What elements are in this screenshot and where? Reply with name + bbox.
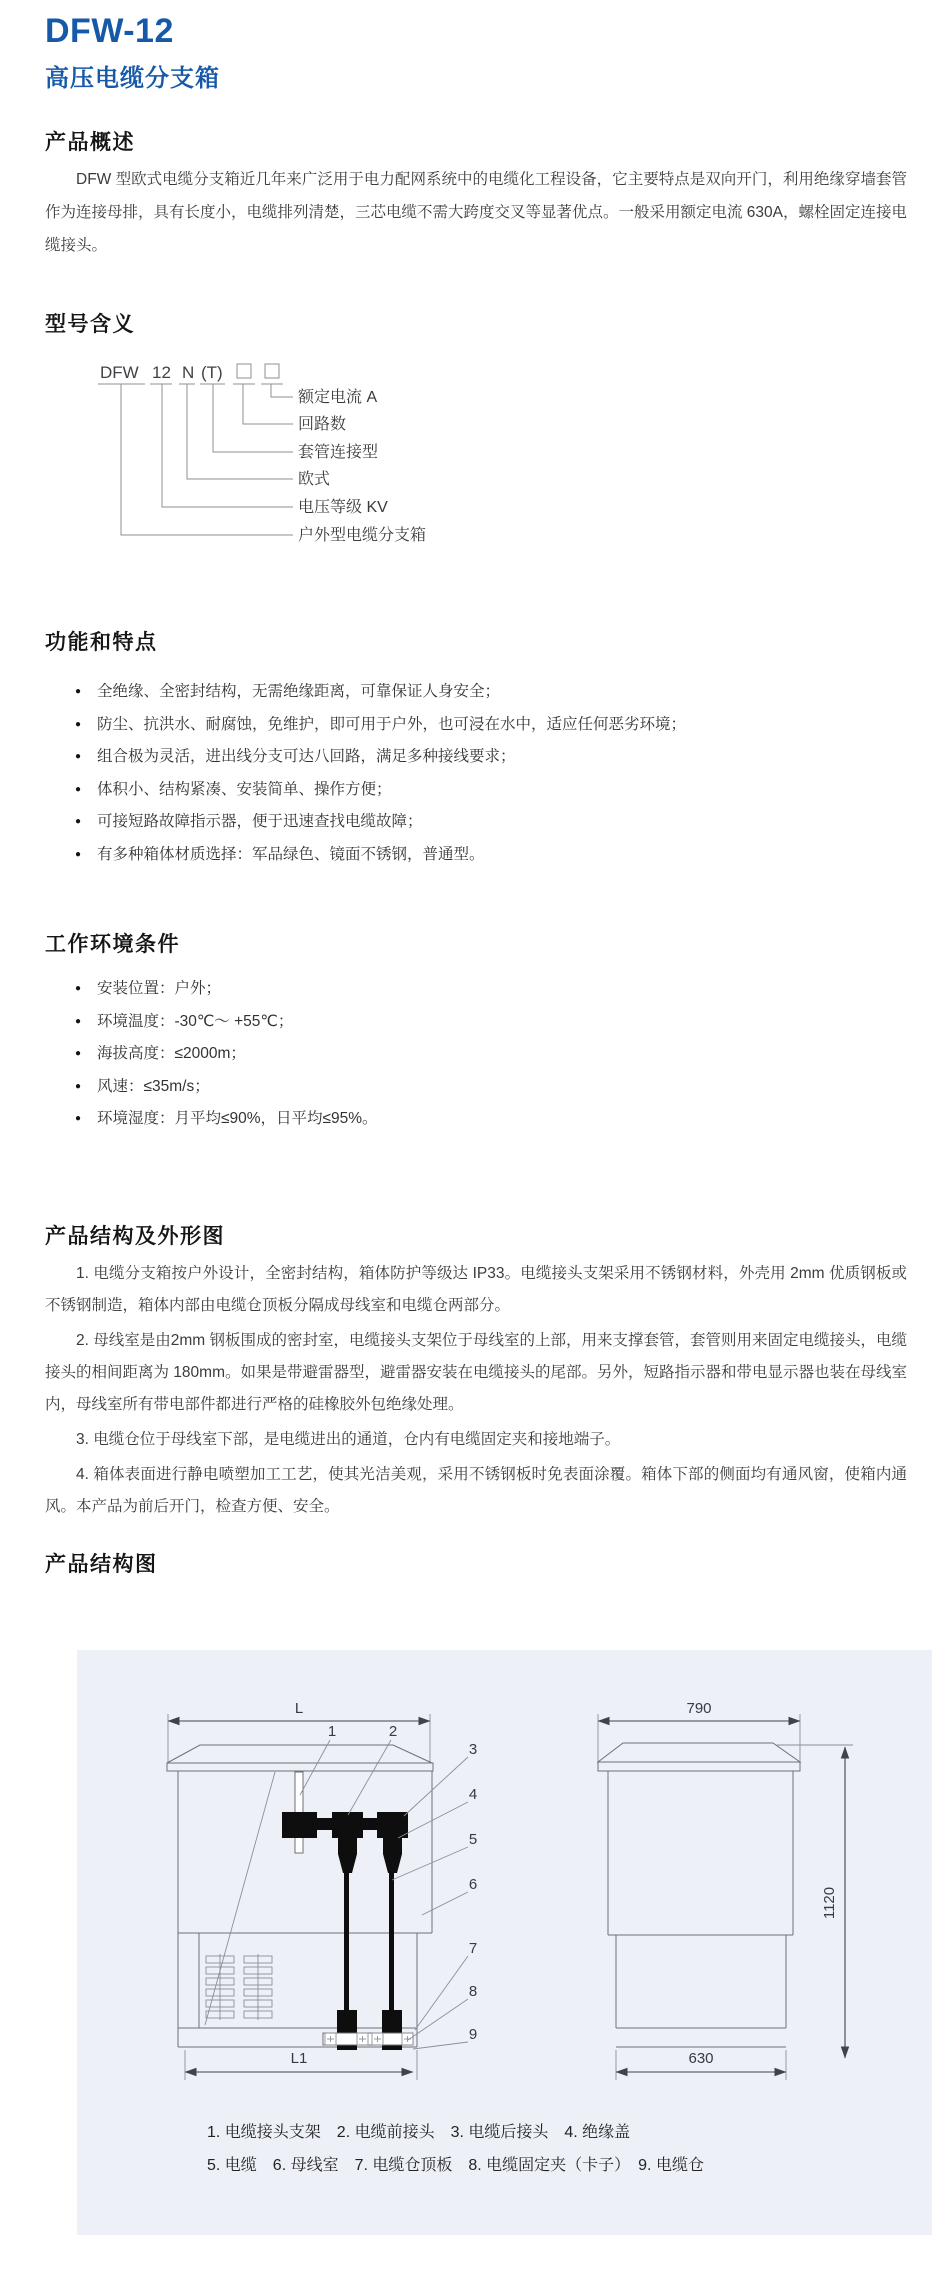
environment-list: 安装位置：户外； 环境温度：-30℃～ +55℃； 海拔高度：≤2000m； 风… <box>75 973 378 1136</box>
dimension-label-L: L <box>295 1700 303 1717</box>
part-number-8: 8 <box>469 1983 477 2000</box>
feature-item: 体积小、结构紧凑、安装简单、操作方便； <box>75 774 686 807</box>
part-number-6: 6 <box>469 1876 477 1893</box>
page-subtitle: 高压电缆分支箱 <box>45 58 220 93</box>
environment-item: 环境湿度：月平均≤90%，日平均≤95%。 <box>75 1103 378 1136</box>
diagram-heading: 产品结构图 <box>45 1548 158 1578</box>
model-meaning-diagram: DFW 12 N (T) 额定电流 A 回路数 套管连接型 欧式 电压等级 KV <box>55 352 555 552</box>
part-number-5: 5 <box>469 1831 477 1848</box>
features-list: 全绝缘、全密封结构，无需绝缘距离，可靠保证人身安全； 防尘、抗洪水、耐腐蚀，免维… <box>75 676 686 872</box>
dimension-label-1120: 1120 <box>821 1887 838 1919</box>
model-code-12: 12 <box>152 363 171 382</box>
model-leader-lines <box>121 384 293 535</box>
diagram-legend: 1. 电缆接头支架 2. 电缆前接头 3. 电缆后接头 4. 绝缘盖 5. 电缆… <box>207 2116 704 2182</box>
part-number-2: 2 <box>389 1723 397 1740</box>
part-leader-lines <box>300 1740 468 2049</box>
model-label-voltage: 电压等级 KV <box>298 498 388 516</box>
feature-item: 可接短路故障指示器，便于迅速查找电缆故障； <box>75 806 686 839</box>
model-code-dfw: DFW <box>100 363 139 382</box>
dimension-label-L1: L1 <box>291 2050 308 2067</box>
structure-paragraph: 1. 电缆分支箱按户外设计，全密封结构，箱体防护等级达 IP33。电缆接头支架采… <box>45 1258 907 1322</box>
environment-item: 海拔高度：≤2000m； <box>75 1038 378 1071</box>
legend-line-1: 1. 电缆接头支架 2. 电缆前接头 3. 电缆后接头 4. 绝缘盖 <box>207 2116 704 2149</box>
overview-paragraph: DFW 型欧式电缆分支箱近几年来广泛用于电力配网系统中的电缆化工程设备，它主要特… <box>45 163 907 262</box>
feature-item: 全绝缘、全密封结构，无需绝缘距离，可靠保证人身安全； <box>75 676 686 709</box>
front-door-diagonal <box>205 1772 275 2025</box>
side-view-drawing: 790 630 1 <box>598 1700 853 2080</box>
model-label-rated-current: 额定电流 A <box>298 388 377 406</box>
dimension-label-790: 790 <box>686 1700 711 1717</box>
model-heading: 型号含义 <box>45 308 135 338</box>
model-label-bushing: 套管连接型 <box>298 443 378 461</box>
model-code-t: (T) <box>201 363 223 382</box>
structure-paragraphs: 1. 电缆分支箱按户外设计，全密封结构，箱体防护等级达 IP33。电缆接头支架采… <box>45 1258 907 1526</box>
cable-clamp-plate <box>323 2033 413 2045</box>
side-roof <box>598 1743 800 1762</box>
model-code-box-2 <box>265 364 279 378</box>
feature-item: 防尘、抗洪水、耐腐蚀，免维护，即可用于户外，也可浸在水中，适应任何恶劣环境； <box>75 709 686 742</box>
part-number-3: 3 <box>469 1741 477 1758</box>
model-label-outdoor: 户外型电缆分支箱 <box>298 526 426 544</box>
environment-item: 环境温度：-30℃～ +55℃； <box>75 1006 378 1039</box>
model-code-box-1 <box>237 364 251 378</box>
features-heading: 功能和特点 <box>45 626 158 656</box>
model-label-european: 欧式 <box>298 470 330 488</box>
environment-item: 风速：≤35m/s； <box>75 1071 378 1104</box>
feature-item: 组合极为灵活，进出线分支可达八回路，满足多种接线要求； <box>75 741 686 774</box>
structure-heading: 产品结构及外形图 <box>45 1220 225 1250</box>
part-number-9: 9 <box>469 2026 477 2043</box>
product-spec-page: DFW-12 高压电缆分支箱 产品概述 DFW 型欧式电缆分支箱近几年来广泛用于… <box>0 0 949 2271</box>
structure-paragraph: 4. 箱体表面进行静电喷塑加工工艺，使其光洁美观，采用不锈钢板时免表面涂覆。箱体… <box>45 1459 907 1523</box>
part-number-4: 4 <box>469 1786 477 1803</box>
environment-heading: 工作环境条件 <box>45 928 180 958</box>
page-title: DFW-12 <box>45 12 174 51</box>
front-view-drawing: L <box>167 1700 477 2080</box>
environment-item: 安装位置：户外； <box>75 973 378 1006</box>
feature-item: 有多种箱体材质选择：军品绿色、镜面不锈钢，普通型。 <box>75 839 686 872</box>
overview-heading: 产品概述 <box>45 126 135 156</box>
dimension-label-630: 630 <box>688 2050 713 2067</box>
model-code-n: N <box>182 363 194 382</box>
structure-diagram-panel: L <box>77 1650 932 2235</box>
structure-paragraph: 3. 电缆仓位于母线室下部，是电缆进出的通道，仓内有电缆固定夹和接地端子。 <box>45 1424 907 1456</box>
model-label-circuits: 回路数 <box>298 415 346 433</box>
legend-line-2: 5. 电缆 6. 母线室 7. 电缆仓顶板 8. 电缆固定夹（卡子） 9. 电缆… <box>207 2149 704 2182</box>
front-roof <box>167 1745 432 1763</box>
structure-paragraph: 2. 母线室是由2mm 钢板围成的密封室，电缆接头支架位于母线室的上部，用来支撑… <box>45 1325 907 1421</box>
part-number-1: 1 <box>328 1723 336 1740</box>
part-number-7: 7 <box>469 1940 477 1957</box>
